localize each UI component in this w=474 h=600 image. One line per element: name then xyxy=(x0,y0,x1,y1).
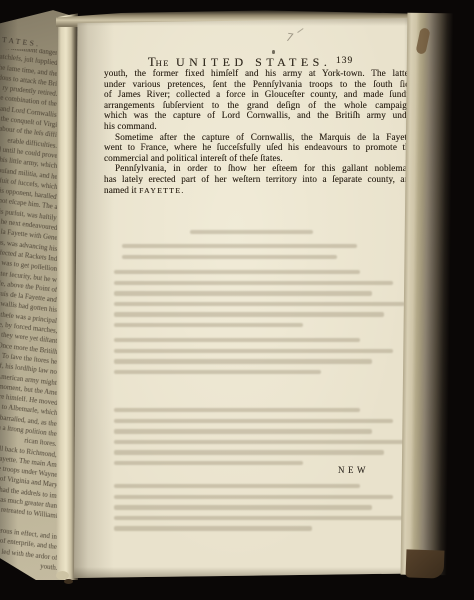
page-corner-curl xyxy=(56,571,69,580)
catchword: NEW xyxy=(338,465,369,475)
text-line: Pennſylvania, in order to ſhow her eſtee… xyxy=(104,163,414,174)
text-line: arrangements ſubſervient to the grand de… xyxy=(104,100,414,111)
body-text: youth, the former fixed himſelf and his … xyxy=(104,68,414,196)
book-fore-edge xyxy=(401,13,456,576)
text-line: Sometime after the capture of Cornwallis… xyxy=(104,132,414,143)
text-line: named it FAYETTE. xyxy=(104,185,414,197)
bleedthrough-text xyxy=(122,244,408,265)
running-head-the: HE xyxy=(156,58,170,68)
text-line: youth, the former fixed himſelf and his … xyxy=(104,68,414,79)
previous-page-running-head: TATES. xyxy=(2,35,53,50)
running-head-title: UNITED STATES. xyxy=(176,55,331,69)
text-line: commercial and political intereſt of the… xyxy=(104,153,414,164)
bleedthrough-text xyxy=(114,338,414,380)
text-line: has lately erected part of her weſtern t… xyxy=(104,174,414,185)
bleedthrough-text xyxy=(190,230,340,241)
running-head-initial: T xyxy=(148,55,156,69)
page-number: 139 xyxy=(336,56,353,66)
text-line-prefix: named it xyxy=(104,185,139,195)
bleedthrough-text xyxy=(114,408,414,471)
previous-page-text-fragments: m the moſt imminent dangerMatchlefs, juſ… xyxy=(0,49,57,580)
cover-corner-bottom xyxy=(406,549,445,578)
fayette-smallcaps: FAYETTE. xyxy=(139,186,185,195)
text-line: went to France, where he ſucceſsfully uſ… xyxy=(104,142,414,153)
ink-speck xyxy=(272,50,275,54)
text-line: his command. xyxy=(104,121,414,132)
bleedthrough-text xyxy=(114,270,414,333)
bleedthrough-text xyxy=(114,484,414,537)
text-line: of James River; collected a force in Glo… xyxy=(104,89,414,100)
book-photograph: TATES. m the moſt imminent dangerMatchle… xyxy=(0,0,474,600)
text-line: which was the capture of Lord Cornwallis… xyxy=(104,110,414,121)
text-line: under various pretences, ſent the Pennſy… xyxy=(104,79,414,90)
